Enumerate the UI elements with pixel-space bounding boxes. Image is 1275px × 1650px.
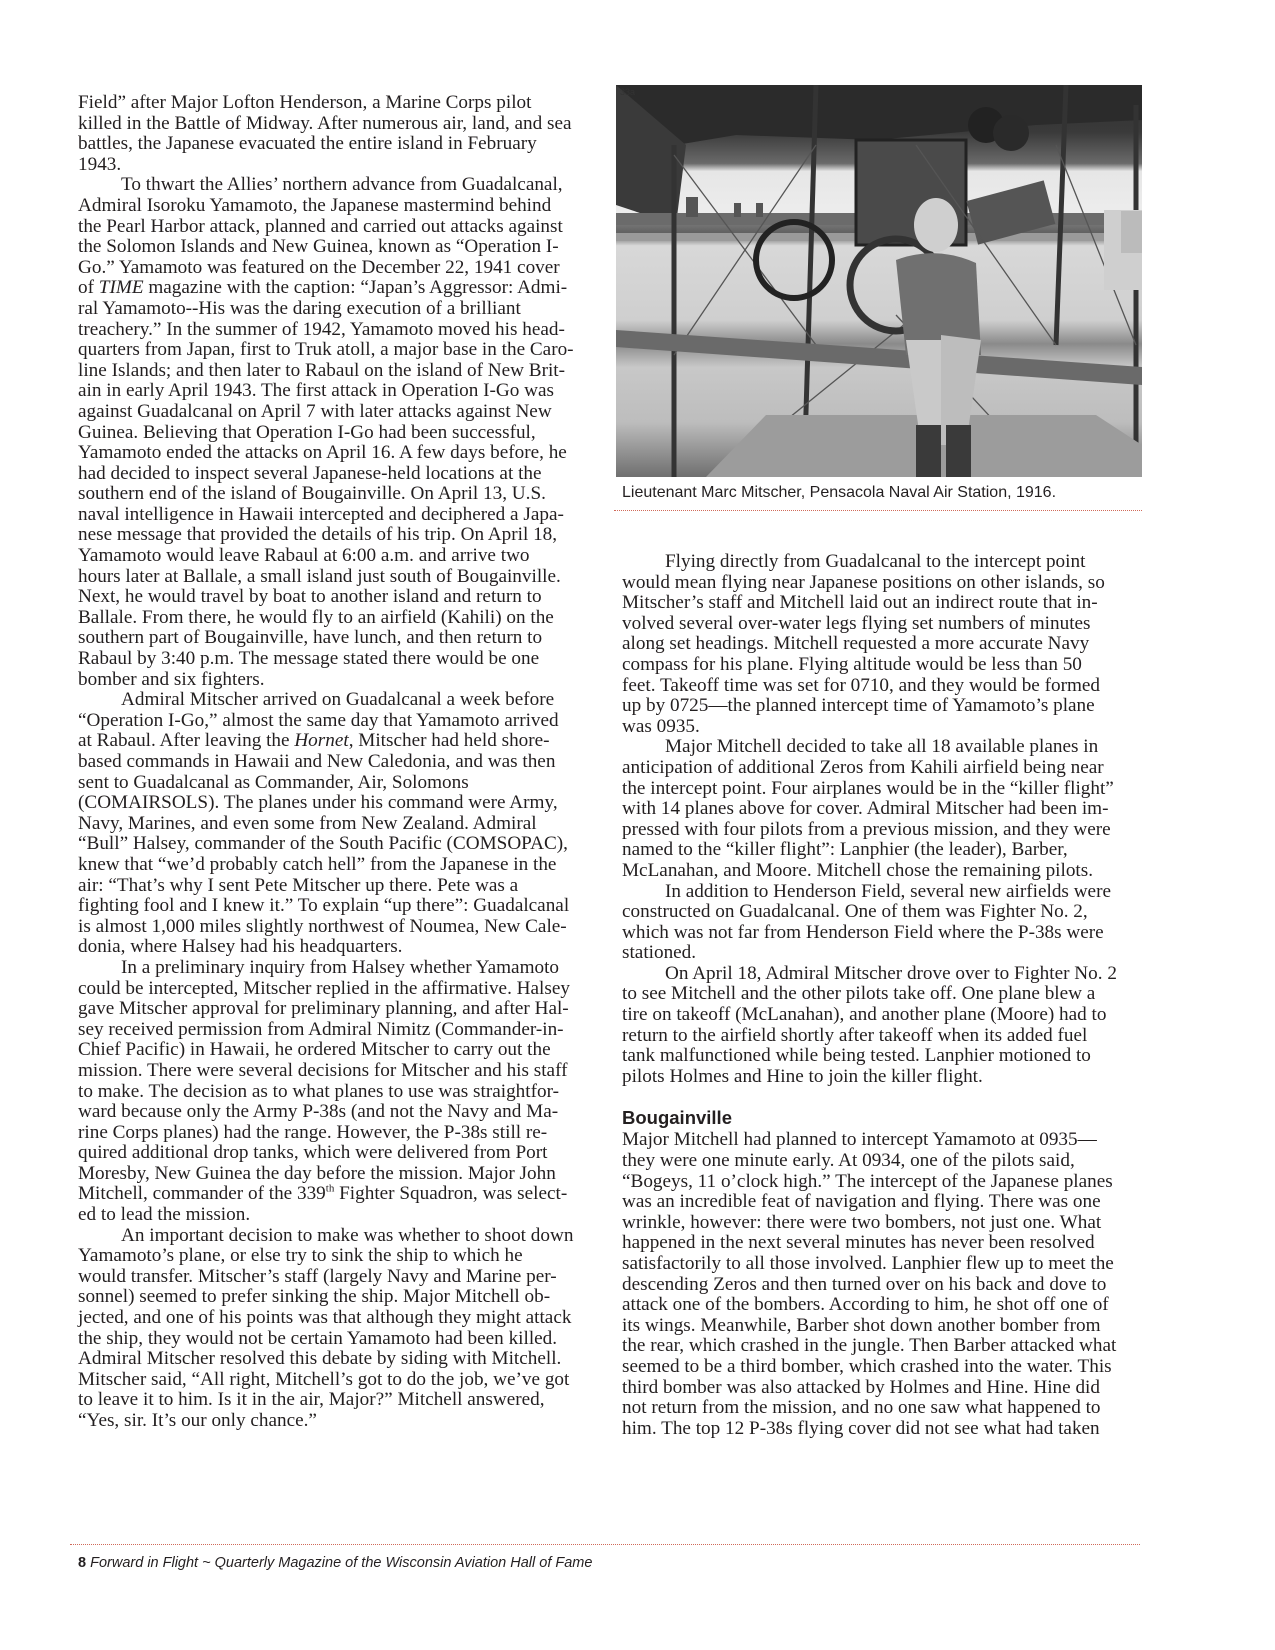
text-line: “Yes, sir. It’s our only chance.” [78,1411,598,1432]
text-line: to see Mitchell and the other pilots tak… [622,984,1142,1005]
text-line: sent to Guadalcanal as Commander, Air, S… [78,773,598,794]
text-line: Flying directly from Guadalcanal to the … [622,552,1142,573]
text-line: Major Mitchell decided to take all 18 av… [622,737,1142,758]
text-line: “Operation I-Go,” almost the same day th… [78,711,598,732]
text-line: stationed. [622,943,1142,964]
text-line: Yamamoto ended the attacks on April 16. … [78,443,598,464]
article-body-right-upper: Flying directly from Guadalcanal to the … [622,552,1142,1087]
text-line: hours later at Ballale, a small island j… [78,567,598,588]
text-line: with 14 planes above for cover. Admiral … [622,799,1142,820]
text-line: based commands in Hawaii and New Caledon… [78,752,598,773]
text-line: him. The top 12 P-38s flying cover did n… [622,1419,1142,1440]
text-line: tank malfunctioned while being tested. L… [622,1046,1142,1067]
text-line: McLanahan, and Moore. Mitchell chose the… [622,861,1142,882]
text-line: bomber and six fighters. [78,670,598,691]
article-body-right-lower: Major Mitchell had planned to intercept … [622,1130,1142,1439]
photo-mitscher: 33a [616,85,1142,477]
text-line: volved several over-water legs flying se… [622,614,1142,635]
text-line: they were one minute early. At 0934, one… [622,1151,1142,1172]
text-line: jected, and one of his points was that a… [78,1308,598,1329]
footer-divider [70,1544,1140,1545]
text-line: third bomber was also attacked by Holmes… [622,1378,1142,1399]
text-line: fighting fool and I knew it.” To explain… [78,896,598,917]
biplane-photo-illustration [616,85,1142,477]
text-line: had decided to inspect several Japanese-… [78,464,598,485]
text-line: at Rabaul. After leaving the Hornet, Mit… [78,731,598,752]
text-line: not return from the mission, and no one … [622,1398,1142,1419]
text-line: was an incredible feat of navigation and… [622,1192,1142,1213]
text-line: descending Zeros and then turned over on… [622,1275,1142,1296]
text-line: ain in early April 1943. The first attac… [78,381,598,402]
text-line: sonnel) seemed to prefer sinking the shi… [78,1287,598,1308]
text-line: quarters from Japan, first to Truk atoll… [78,340,598,361]
text-line: “Bogeys, 11 o’clock high.” The intercept… [622,1172,1142,1193]
text-line: rine Corps planes) had the range. Howeve… [78,1123,598,1144]
caption-divider [614,510,1142,511]
photo-caption: Lieutenant Marc Mitscher, Pensacola Nava… [622,484,1056,502]
text-line: Field” after Major Lofton Henderson, a M… [78,93,598,114]
text-line: feet. Takeoff time was set for 0710, and… [622,676,1142,697]
text-line: On April 18, Admiral Mitscher drove over… [622,964,1142,985]
text-line: battles, the Japanese evacuated the enti… [78,134,598,155]
text-line: against Guadalcanal on April 7 with late… [78,402,598,423]
article-column-left: Field” after Major Lofton Henderson, a M… [78,93,598,1432]
text-line: line Islands; and then later to Rabaul o… [78,361,598,382]
text-line: would mean flying near Japanese position… [622,573,1142,594]
text-line: the rear, which crashed in the jungle. T… [622,1336,1142,1357]
text-line: Mitscher’s staff and Mitchell laid out a… [622,593,1142,614]
text-line: Mitscher said, “All right, Mitchell’s go… [78,1370,598,1391]
text-line: tire on takeoff (McLanahan), and another… [622,1005,1142,1026]
text-line: Ballale. From there, he would fly to an … [78,608,598,629]
text-line: wrinkle, however: there were two bombers… [622,1213,1142,1234]
text-line: Guinea. Believing that Operation I-Go ha… [78,423,598,444]
text-line: constructed on Guadalcanal. One of them … [622,902,1142,923]
text-line: In addition to Henderson Field, several … [622,882,1142,903]
text-line: satisfactorily to all those involved. La… [622,1254,1142,1275]
text-line: pressed with four pilots from a previous… [622,820,1142,841]
text-line: the ship, they would not be certain Yama… [78,1329,598,1350]
text-line: air: “That’s why I sent Pete Mitscher up… [78,876,598,897]
text-line: Next, he would travel by boat to another… [78,587,598,608]
text-line: 1943. [78,155,598,176]
page-footer: 8 Forward in Flight ~ Quarterly Magazine… [78,1555,592,1571]
text-line: “Bull” Halsey, commander of the South Pa… [78,834,598,855]
text-line: Yamamoto would leave Rabaul at 6:00 a.m.… [78,546,598,567]
text-line: mission. There were several decisions fo… [78,1061,598,1082]
text-line: attack one of the bombers. According to … [622,1295,1142,1316]
text-line: treachery.” In the summer of 1942, Yamam… [78,320,598,341]
text-line: An important decision to make was whethe… [78,1226,598,1247]
text-line: Mitchell, commander of the 339th Fighter… [78,1184,598,1205]
text-line: Go.” Yamamoto was featured on the Decemb… [78,258,598,279]
text-line: ed to lead the mission. [78,1205,598,1226]
text-line: which was not far from Henderson Field w… [622,923,1142,944]
text-line: the Pearl Harbor attack, planned and car… [78,217,598,238]
text-line: the Solomon Islands and New Guinea, know… [78,237,598,258]
text-line: Admiral Mitscher resolved this debate by… [78,1349,598,1370]
text-line: sey received permission from Admiral Nim… [78,1020,598,1041]
text-line: Rabaul by 3:40 p.m. The message stated t… [78,649,598,670]
text-line: donia, where Halsey had his headquarters… [78,937,598,958]
text-line: nese message that provided the details o… [78,525,598,546]
text-line: pilots Holmes and Hine to join the kille… [622,1067,1142,1088]
text-line: knew that “we’d probably catch hell” fro… [78,855,598,876]
page-number: 8 [78,1555,86,1571]
section-heading-bougainville: Bougainville [622,1107,1142,1129]
text-line: killed in the Battle of Midway. After nu… [78,114,598,135]
text-line: naval intelligence in Hawaii intercepted… [78,505,598,526]
text-line: Chief Pacific) in Hawaii, he ordered Mit… [78,1040,598,1061]
text-line: named to the “killer flight”: Lanphier (… [622,840,1142,861]
text-line: To thwart the Allies’ northern advance f… [78,175,598,196]
text-line: of TIME magazine with the caption: “Japa… [78,278,598,299]
text-line: southern end of the island of Bougainvil… [78,484,598,505]
article-column-right: Flying directly from Guadalcanal to the … [622,552,1142,1439]
text-line: southern part of Bougainville, have lunc… [78,628,598,649]
publication-name: Forward in Flight ~ Quarterly Magazine o… [90,1555,592,1571]
text-line: along set headings. Mitchell requested a… [622,634,1142,655]
article-body-left: Field” after Major Lofton Henderson, a M… [78,93,598,1432]
text-line: Yamamoto’s plane, or else try to sink th… [78,1246,598,1267]
text-line: the intercept point. Four airplanes woul… [622,779,1142,800]
text-line: ral Yamamoto--His was the daring executi… [78,299,598,320]
text-line: quired additional drop tanks, which were… [78,1143,598,1164]
text-line: happened in the next several minutes has… [622,1233,1142,1254]
text-line: Admiral Mitscher arrived on Guadalcanal … [78,690,598,711]
text-line: its wings. Meanwhile, Barber shot down a… [622,1316,1142,1337]
text-line: Major Mitchell had planned to intercept … [622,1130,1142,1151]
text-line: to leave it to him. Is it in the air, Ma… [78,1390,598,1411]
text-line: return to the airfield shortly after tak… [622,1026,1142,1047]
photo-id-label: 33a [620,87,635,97]
text-line: could be intercepted, Mitscher replied i… [78,979,598,1000]
text-line: was 0935. [622,717,1142,738]
text-line: to make. The decision as to what planes … [78,1082,598,1103]
text-line: anticipation of additional Zeros from Ka… [622,758,1142,779]
text-line: compass for his plane. Flying altitude w… [622,655,1142,676]
text-line: Navy, Marines, and even some from New Ze… [78,814,598,835]
text-line: gave Mitscher approval for preliminary p… [78,999,598,1020]
text-line: In a preliminary inquiry from Halsey whe… [78,958,598,979]
text-line: is almost 1,000 miles slightly northwest… [78,917,598,938]
text-line: seemed to be a third bomber, which crash… [622,1357,1142,1378]
text-line: Moresby, New Guinea the day before the m… [78,1164,598,1185]
text-line: ward because only the Army P-38s (and no… [78,1102,598,1123]
text-line: would transfer. Mitscher’s staff (largel… [78,1267,598,1288]
text-line: up by 0725—the planned intercept time of… [622,696,1142,717]
text-line: Admiral Isoroku Yamamoto, the Japanese m… [78,196,598,217]
text-line: (COMAIRSOLS). The planes under his comma… [78,793,598,814]
